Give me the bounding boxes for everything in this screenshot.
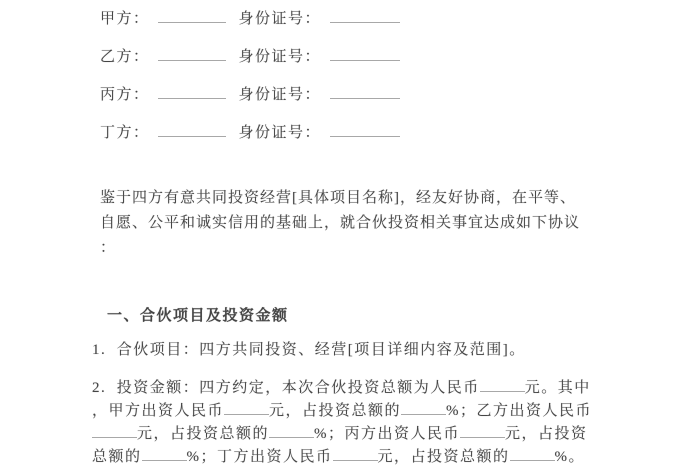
text-segment: 元。其中 bbox=[525, 380, 591, 396]
text-segment: 鉴于四方有意共同投资经营[具体项目名称]，经友好协商，在平等、 bbox=[100, 190, 576, 206]
blank-field bbox=[480, 379, 525, 392]
text-segment: 总额的 bbox=[92, 449, 142, 465]
party-d-id-blank-field bbox=[330, 124, 400, 137]
clause-item-2: 2. 投资金额：四方约定，本次合伙投资总额为人民币元。其中，甲方出资人民币元，占… bbox=[92, 377, 700, 469]
party-row-a: 甲方：身份证号： bbox=[100, 10, 700, 25]
party-c-name-blank-field bbox=[158, 86, 226, 99]
party-b-label: 乙方： bbox=[100, 49, 150, 65]
blank-field bbox=[224, 402, 269, 415]
text-line: 鉴于四方有意共同投资经营[具体项目名称]，经友好协商，在平等、 bbox=[100, 186, 700, 211]
party-d-label: 丁方： bbox=[100, 125, 150, 141]
text-line: 元，占投资总额的%；丙方出资人民币元，占投资 bbox=[92, 423, 700, 446]
text-line: 1. 合伙项目：四方共同投资、经营[项目详细内容及范围]。 bbox=[92, 339, 700, 362]
text-segment: ，甲方出资人民币 bbox=[92, 403, 224, 419]
blank-field bbox=[269, 425, 314, 438]
party-a-id-label: 身份证号： bbox=[239, 11, 322, 27]
party-row-c: 丙方：身份证号： bbox=[100, 86, 700, 101]
text-segment: 元，占投资总额的 bbox=[378, 449, 510, 465]
party-a-label: 甲方： bbox=[100, 11, 150, 27]
text-line: ： bbox=[100, 236, 700, 261]
party-a-name-blank-field bbox=[158, 10, 226, 23]
contract-document-page: 甲方：身份证号： 乙方：身份证号： 丙方：身份证号： 丁方：身份证号： 鉴于四方… bbox=[0, 0, 700, 470]
blank-field bbox=[142, 448, 187, 461]
text-segment: 元，占投资总额的 bbox=[137, 426, 269, 442]
party-a-id-blank-field bbox=[330, 10, 400, 23]
blank-field bbox=[460, 425, 505, 438]
text-segment: 元，占投资总额的 bbox=[269, 403, 401, 419]
text-line: 自愿、公平和诚实信用的基础上，就合伙投资相关事宜达成如下协议 bbox=[100, 211, 700, 236]
clause-item-1: 1. 合伙项目：四方共同投资、经营[项目详细内容及范围]。 bbox=[92, 339, 700, 362]
text-segment: 元，占投资 bbox=[505, 426, 588, 442]
party-c-id-blank-field bbox=[330, 86, 400, 99]
text-segment: ： bbox=[100, 240, 116, 256]
text-line: 总额的%；丁方出资人民币元，占投资总额的%。 bbox=[92, 446, 700, 469]
text-segment: %；丙方出资人民币 bbox=[314, 426, 460, 442]
party-row-d: 丁方：身份证号： bbox=[100, 124, 700, 139]
party-d-name-blank-field bbox=[158, 124, 226, 137]
party-b-id-blank-field bbox=[330, 48, 400, 61]
party-c-label: 丙方： bbox=[100, 87, 150, 103]
text-segment: 1. 合伙项目：四方共同投资、经营[项目详细内容及范围]。 bbox=[92, 342, 526, 358]
text-segment: %。 bbox=[555, 449, 586, 465]
blank-field bbox=[401, 402, 446, 415]
party-d-id-label: 身份证号： bbox=[239, 125, 322, 141]
blank-field bbox=[333, 448, 378, 461]
party-rows: 甲方：身份证号： 乙方：身份证号： 丙方：身份证号： 丁方：身份证号： bbox=[100, 10, 700, 139]
party-c-id-label: 身份证号： bbox=[239, 87, 322, 103]
blank-field bbox=[510, 448, 555, 461]
party-row-b: 乙方：身份证号： bbox=[100, 48, 700, 63]
text-segment: 自愿、公平和诚实信用的基础上，就合伙投资相关事宜达成如下协议 bbox=[100, 215, 580, 231]
section-1-heading: 一、合伙项目及投资金额 bbox=[107, 307, 700, 325]
text-line: 2. 投资金额：四方约定，本次合伙投资总额为人民币元。其中 bbox=[92, 377, 700, 400]
text-line: ，甲方出资人民币元，占投资总额的%；乙方出资人民币 bbox=[92, 400, 700, 423]
intro-paragraph: 鉴于四方有意共同投资经营[具体项目名称]，经友好协商，在平等、自愿、公平和诚实信… bbox=[100, 186, 700, 261]
party-b-name-blank-field bbox=[158, 48, 226, 61]
party-b-id-label: 身份证号： bbox=[239, 49, 322, 65]
blank-field bbox=[92, 425, 137, 438]
text-segment: 2. 投资金额：四方约定，本次合伙投资总额为人民币 bbox=[92, 380, 480, 396]
text-segment: %；乙方出资人民币 bbox=[446, 403, 592, 419]
text-segment: %；丁方出资人民币 bbox=[187, 449, 333, 465]
